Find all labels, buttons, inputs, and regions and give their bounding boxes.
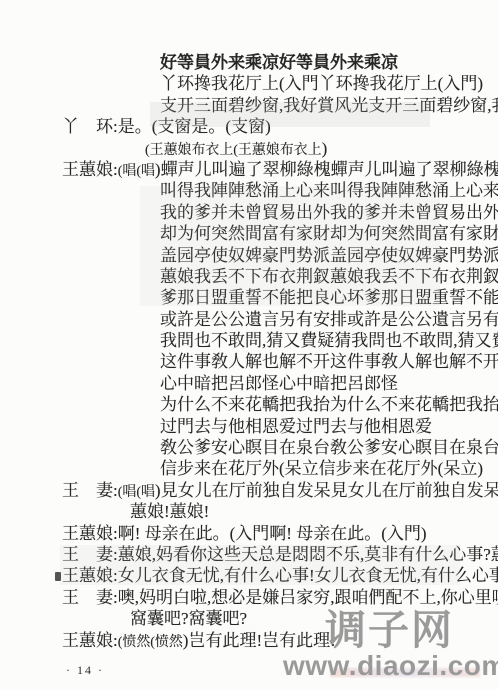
line-text: 是。(支窗是。(支窗) [118,117,271,136]
script-line: 王 妻:(唱(唱)見女儿在厅前独自发呆見女儿在厅前独自发呆 [62,480,498,501]
stage-direction: (愤然 [118,635,151,650]
script-line: 我問也不敢問,猜又費疑猜我問也不敢問,猜又費疑猜 [62,330,498,351]
script-line: 这件事敎人解也解不开这件事敎人解也解不开 [62,351,498,372]
script-line: 过門去与他相恩爱过門去与他相恩爱 [62,416,498,437]
line-text: 这件事敎人解也解不开这件事敎人解也解不开 [160,352,498,371]
line-text: 却为何突然間富有家財却为何突然間富有家財 [160,224,498,243]
script-line: 王蕙娘:啊! 母亲在此。(入門啊! 母亲在此。(入門) [62,523,498,544]
stage-direction: (唱 [136,164,155,179]
line-text: 过門去与他相恩爱过門去与他相恩爱 [160,417,432,436]
stage-direction: (王蕙娘布衣上 [233,143,321,158]
speaker-name: 王蕙娘: [62,565,118,586]
stage-direction: (王蕙娘布衣上 [145,143,233,158]
page-number: · 14 · [66,663,104,678]
line-text: 啊! 母亲在此。(入門啊! 母亲在此。(入門) [118,524,427,543]
script-line: 好等員外来乘凉好等員外来乘凉 [62,52,498,73]
script-line: 敎公爹安心瞑目在泉台敎公爹安心瞑目在泉台 [62,437,498,458]
line-text: 或許是公公遺言另有安排或許是公公遺言另有安排 [160,310,498,329]
line-text: 好等員外来乘凉好等員外来乘凉 [160,53,398,72]
line-text: 我問也不敢問,猜又費疑猜我問也不敢問,猜又費疑猜 [160,331,498,350]
speaker-name: 王蕙娘: [62,630,118,651]
scanned-page: 好等員外来乘凉好等員外来乘凉丫环搀我花厅上(入門丫环搀我花厅上(入門)支开三面碧… [0,0,498,690]
script-text-area: 好等員外来乘凉好等員外来乘凉丫环搀我花厅上(入門丫环搀我花厅上(入門)支开三面碧… [62,52,498,651]
script-line: 或許是公公遺言另有安排或許是公公遺言另有安排 [62,309,498,330]
line-text: (愤然(愤然)岂有此理!岂有此理! [118,631,336,650]
script-line: (王蕙娘布衣上(王蕙娘布衣上) [62,138,498,159]
line-text: 敎公爹安心瞑目在泉台敎公爹安心瞑目在泉台 [160,438,498,457]
line-text: 噢,妈明白啦,想必是嫌吕家穷,跟咱們配不上,你心里噢,妈明白啦,想必是嫌吕家穷,… [118,588,498,607]
script-line: 我的爹并未曾貿易出外我的爹并未曾貿易出外 [62,202,498,223]
line-text: 支开三面碧纱窗,我好賞风光支开三面碧纱窗,我好賞风光 [160,96,498,115]
stage-direction: (唱 [118,164,137,179]
stage-direction: (愤然 [150,635,183,650]
line-text: 蕙娘我丢不下布衣荆釵蕙娘我丢不下布衣荆釵 [160,267,498,286]
speaker-name: 王 妻: [62,544,118,565]
line-text: 为什么不来花轎把我抬为什么不来花轎把我抬 [160,395,498,414]
line-text: 蕙娘!蕙娘! [130,502,209,521]
line-text: 丫环搀我花厅上(入門丫环搀我花厅上(入門) [160,74,483,93]
line-text: 窩囊吧?窩囊吧? [130,609,247,628]
script-line: 信步来在花厅外(呆立信步来在花厅外(呆立) [62,458,498,479]
script-line: 丫 环:是。(支窗是。(支窗) [62,116,498,137]
line-text: 蕙娘,妈看你这些天总是悶悶不乐,莫非有什么心事?蕙娘,妈看你这些天总是悶悶不乐,… [118,545,498,564]
script-line: 叫得我陣陣愁涌上心来叫得我陣陣愁涌上心来 [62,180,498,201]
script-line: 王 妻:噢,妈明白啦,想必是嫌吕家穷,跟咱們配不上,你心里噢,妈明白啦,想必是嫌… [62,587,498,608]
script-line: 蕙娘!蕙娘! [62,501,498,522]
script-line: 心中暗把呂郎怪心中暗把呂郎怪 [62,373,498,394]
line-text: 盖园亭使奴婢豪門势派盖园亭使奴婢豪門势派 [160,246,498,265]
script-line: 丫环搀我花厅上(入門丫环搀我花厅上(入門) [62,73,498,94]
line-text: (唱(唱)蟬声儿叫遍了翠柳綠槐蟬声儿叫遍了翠柳綠槐 [118,160,498,179]
script-line: 王蕙娘:女儿衣食无忧,有什么心事!女儿衣食无忧,有什么心事! [62,565,498,586]
watermark-brand: 调子网 [325,610,454,651]
ink-speck [55,572,61,581]
script-line: 盖园亭使奴婢豪門势派盖园亭使奴婢豪門势派 [62,245,498,266]
stage-direction: (唱 [136,485,155,500]
script-line: 爹那日盟重誓不能把良心坏爹那日盟重誓不能把良心坏 [62,287,498,308]
speaker-name: 王 妻: [62,480,118,501]
speaker-name: 王蕙娘: [62,159,118,180]
watermark-url: www.diaozi.com [283,652,498,680]
line-text: 女儿衣食无忧,有什么心事!女儿衣食无忧,有什么心事! [118,566,498,585]
speaker-name: 丫 环: [62,116,118,137]
script-line: 为什么不来花轎把我抬为什么不来花轎把我抬 [62,394,498,415]
stage-direction: (唱 [118,485,137,500]
speaker-name: 王 妻: [62,587,118,608]
line-text: 叫得我陣陣愁涌上心来叫得我陣陣愁涌上心来 [160,181,498,200]
line-text: 信步来在花厅外(呆立信步来在花厅外(呆立) [160,459,483,478]
speaker-name: 王蕙娘: [62,523,118,544]
script-line: 蕙娘我丢不下布衣荆釵蕙娘我丢不下布衣荆釵 [62,266,498,287]
script-line: 支开三面碧纱窗,我好賞风光支开三面碧纱窗,我好賞风光 [62,95,498,116]
line-text: 爹那日盟重誓不能把良心坏爹那日盟重誓不能把良心坏 [160,288,498,307]
script-line: 王蕙娘:(唱(唱)蟬声儿叫遍了翠柳綠槐蟬声儿叫遍了翠柳綠槐 [62,159,498,180]
script-line: 却为何突然間富有家財却为何突然間富有家財 [62,223,498,244]
line-text: 心中暗把呂郎怪心中暗把呂郎怪 [160,374,398,393]
script-line: 王 妻:蕙娘,妈看你这些天总是悶悶不乐,莫非有什么心事?蕙娘,妈看你这些天总是悶… [62,544,498,565]
line-text: 我的爹并未曾貿易出外我的爹并未曾貿易出外 [160,203,498,222]
line-text: (唱(唱)見女儿在厅前独自发呆見女儿在厅前独自发呆 [118,481,498,500]
line-text: (王蕙娘布衣上(王蕙娘布衣上) [145,139,327,158]
